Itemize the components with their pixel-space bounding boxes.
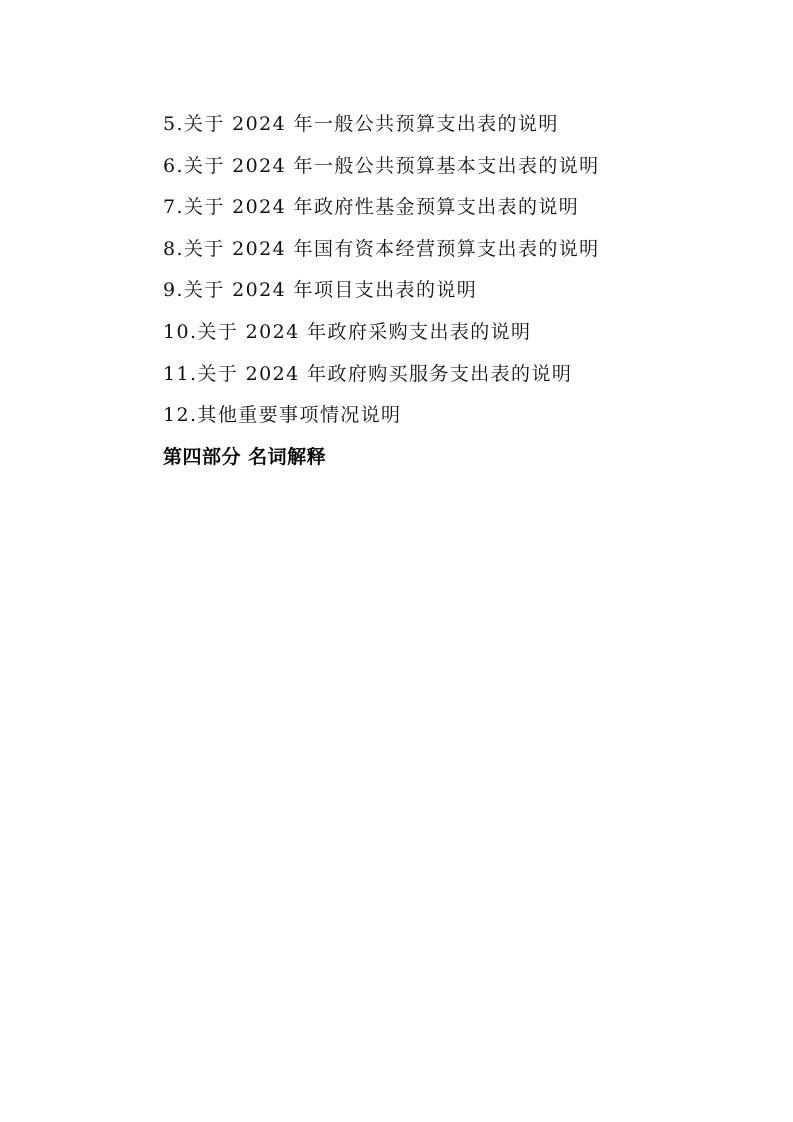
toc-item: 5.关于 2024 年一般公共预算支出表的说明 (163, 104, 600, 146)
document-page: 5.关于 2024 年一般公共预算支出表的说明 6.关于 2024 年一般公共预… (0, 0, 793, 1122)
toc-item: 10.关于 2024 年政府采购支出表的说明 (163, 312, 600, 354)
table-of-contents: 5.关于 2024 年一般公共预算支出表的说明 6.关于 2024 年一般公共预… (163, 104, 600, 478)
toc-item: 6.关于 2024 年一般公共预算基本支出表的说明 (163, 146, 600, 188)
toc-item: 12.其他重要事项情况说明 (163, 395, 600, 437)
section-heading: 第四部分 名词解释 (163, 437, 600, 479)
toc-item: 8.关于 2024 年国有资本经营预算支出表的说明 (163, 229, 600, 271)
toc-item: 11.关于 2024 年政府购买服务支出表的说明 (163, 354, 600, 396)
toc-item: 7.关于 2024 年政府性基金预算支出表的说明 (163, 187, 600, 229)
toc-item: 9.关于 2024 年项目支出表的说明 (163, 270, 600, 312)
